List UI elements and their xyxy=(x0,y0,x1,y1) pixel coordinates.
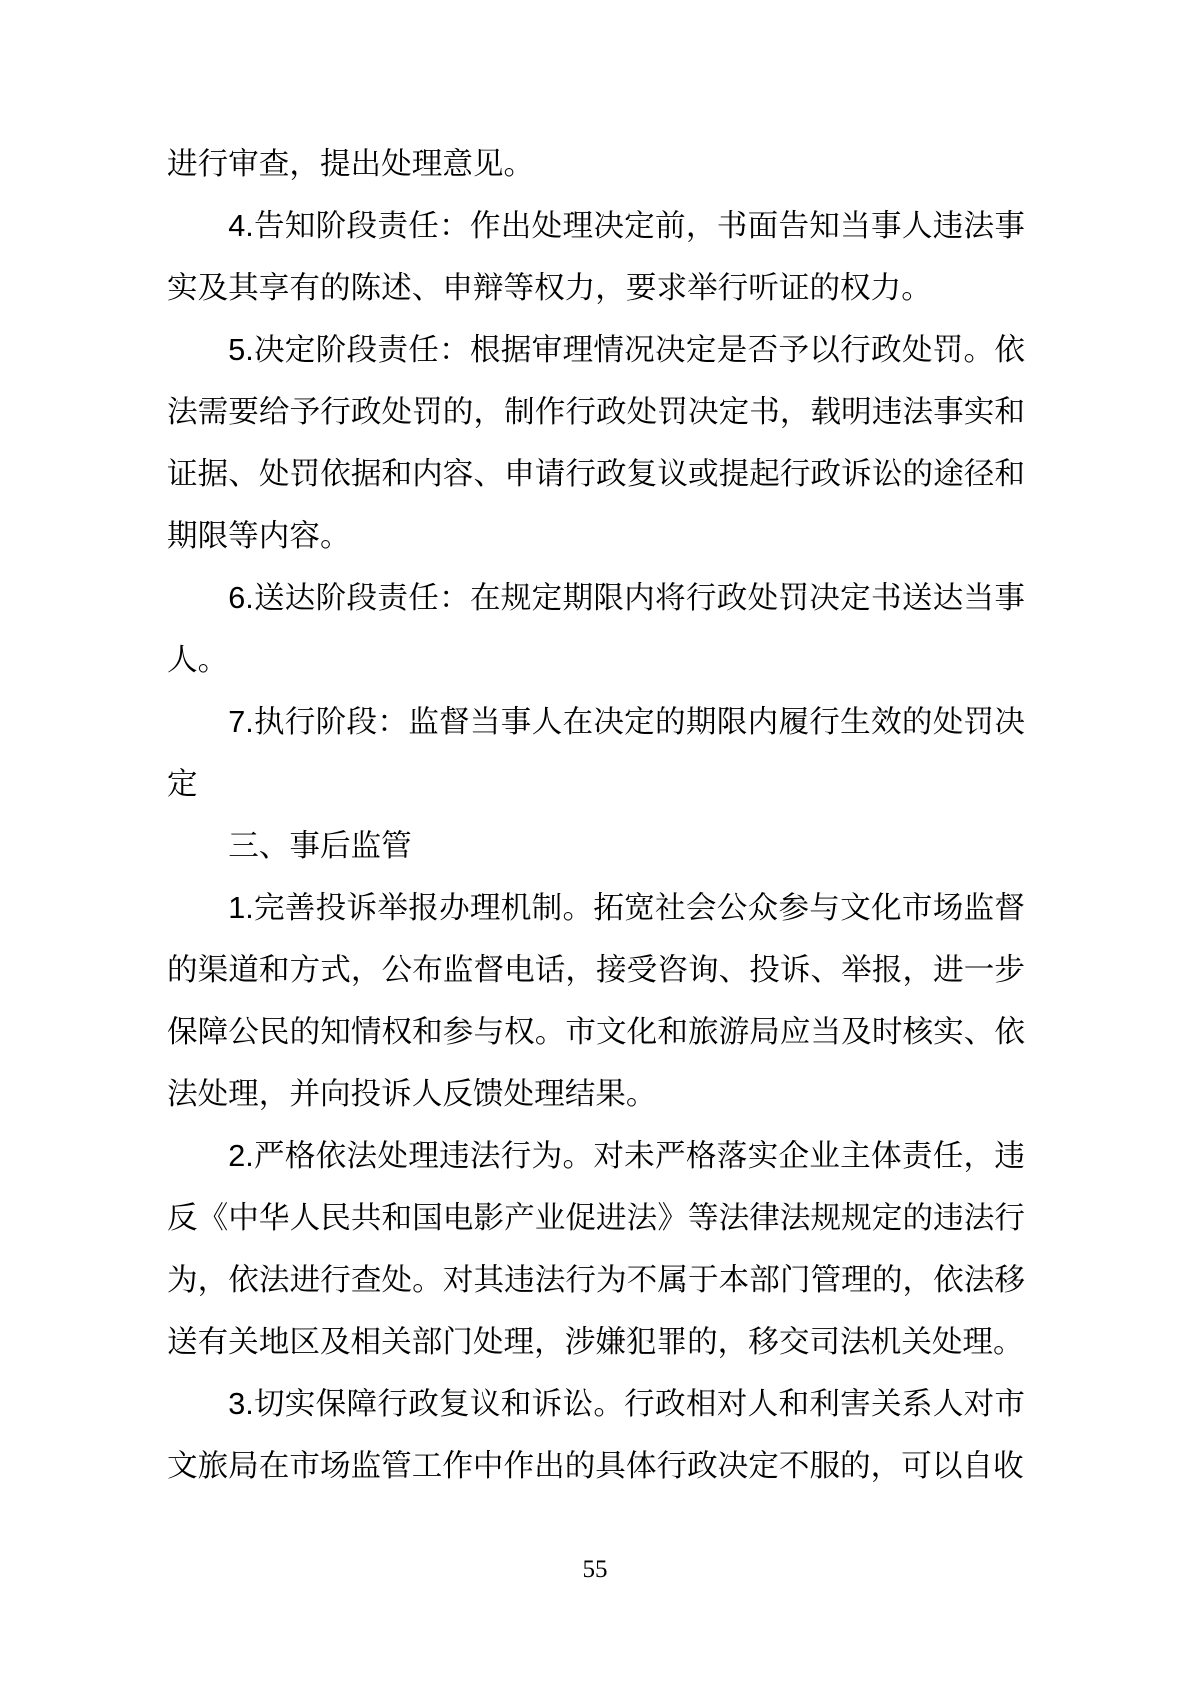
document-page: 进行审查，提出处理意见。 4.告知阶段责任：作出处理决定前，书面告知当事人违法事… xyxy=(0,0,1190,1683)
paragraph-item-3-review-litigation: 3.切实保障行政复议和诉讼。行政相对人和利害关系人对市文旅局在市场监管工作中作出… xyxy=(167,1373,1025,1497)
paragraph-item-4-notification-stage: 4.告知阶段责任：作出处理决定前，书面告知当事人违法事实及其享有的陈述、申辩等权… xyxy=(167,195,1025,319)
paragraph-item-6-delivery-stage: 6.送达阶段责任：在规定期限内将行政处罚决定书送达当事人。 xyxy=(167,567,1025,691)
paragraph-item-5-decision-stage: 5.决定阶段责任：根据审理情况决定是否予以行政处罚。依法需要给予行政处罚的，制作… xyxy=(167,319,1025,567)
document-body: 进行审查，提出处理意见。 4.告知阶段责任：作出处理决定前，书面告知当事人违法事… xyxy=(167,133,1025,1497)
section-heading-post-supervision: 三、事后监管 xyxy=(167,815,1025,877)
paragraph-item-7-execution-stage: 7.执行阶段：监督当事人在决定的期限内履行生效的处罚决定 xyxy=(167,691,1025,815)
paragraph-continuation: 进行审查，提出处理意见。 xyxy=(167,133,1025,195)
paragraph-item-1-complaint-mechanism: 1.完善投诉举报办理机制。拓宽社会公众参与文化市场监督的渠道和方式，公布监督电话… xyxy=(167,877,1025,1125)
page-number: 55 xyxy=(0,1556,1190,1584)
paragraph-item-2-illegal-acts: 2.严格依法处理违法行为。对未严格落实企业主体责任，违反《中华人民共和国电影产业… xyxy=(167,1125,1025,1373)
